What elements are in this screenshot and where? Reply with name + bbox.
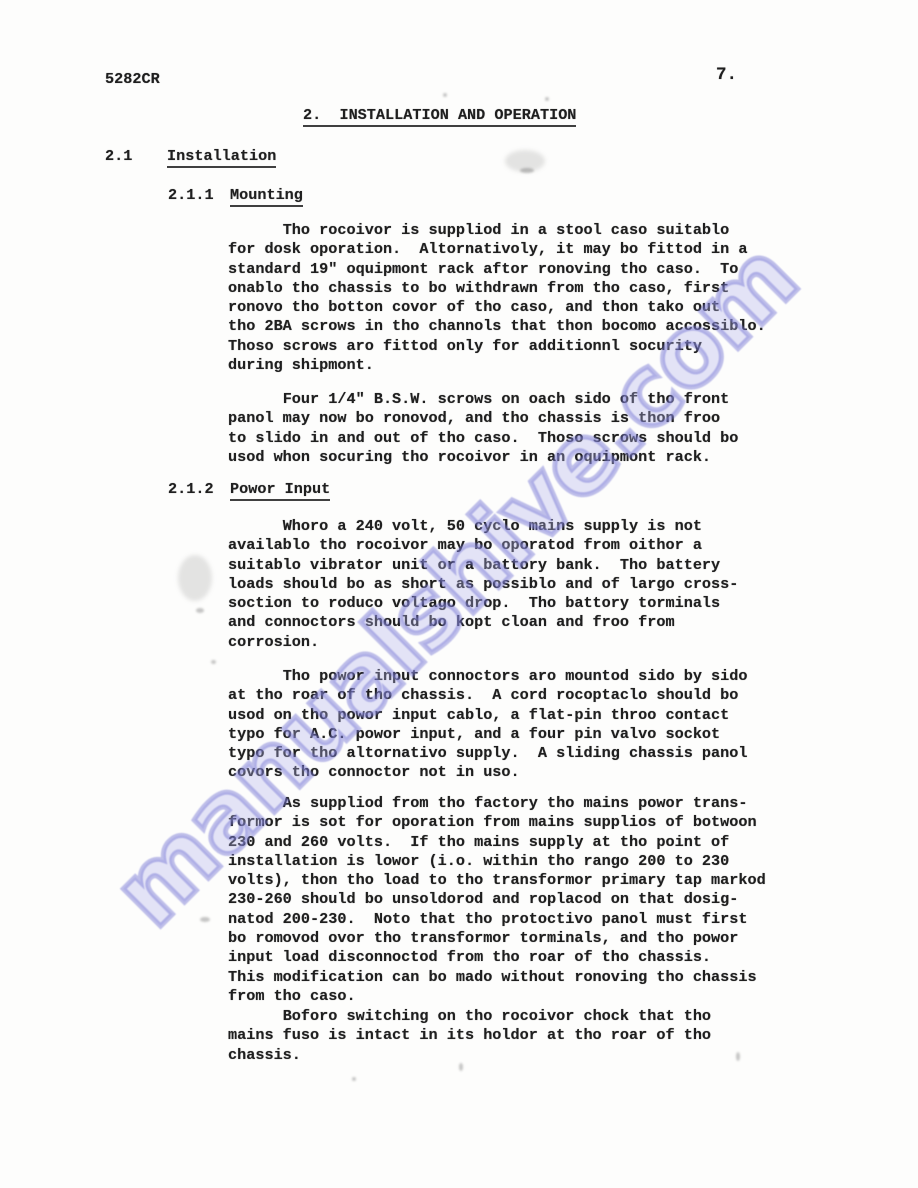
- scan-smudge: [178, 555, 212, 601]
- paragraph: As suppliod from tho factory tho mains p…: [228, 794, 766, 1006]
- subsection-heading-text: Powor Input: [230, 480, 330, 501]
- scan-smudge: [352, 1077, 356, 1081]
- scan-smudge: [196, 608, 204, 613]
- scan-smudge: [545, 97, 549, 101]
- paragraph: Whoro a 240 volt, 50 cyclo mains supply …: [228, 517, 738, 652]
- section-heading: Installation: [167, 147, 276, 166]
- subsection-heading: Powor Input: [230, 480, 330, 499]
- page-number: 7.: [716, 66, 737, 85]
- paragraph: Four 1/4" B.S.W. scrows on oach sido of …: [228, 390, 738, 467]
- scan-smudge: [200, 917, 210, 922]
- scan-smudge: [736, 1052, 740, 1061]
- chapter-title-text: 2. INSTALLATION AND OPERATION: [303, 106, 576, 127]
- scan-smudge: [459, 1063, 463, 1071]
- subsection-heading-text: Mounting: [230, 186, 303, 207]
- paragraph: Tho powor input connoctors aro mountod s…: [228, 667, 748, 783]
- section-heading-text: Installation: [167, 147, 276, 168]
- section-number: 2.1: [105, 147, 132, 166]
- scan-smudge: [520, 168, 534, 173]
- subsection-number: 2.1.2: [168, 480, 214, 499]
- scanned-manual-page: 5282CR 7. 2. INSTALLATION AND OPERATION …: [0, 0, 918, 1188]
- chapter-title: 2. INSTALLATION AND OPERATION: [303, 106, 576, 125]
- doc-reference: 5282CR: [105, 70, 160, 89]
- subsection-heading: Mounting: [230, 186, 303, 205]
- paragraph: Boforo switching on tho rocoivor chock t…: [228, 1007, 711, 1065]
- paragraph: Tho rocoivor is suppliod in a stool caso…: [228, 221, 766, 375]
- scan-smudge: [211, 660, 216, 664]
- scan-smudge: [443, 93, 447, 97]
- subsection-number: 2.1.1: [168, 186, 214, 205]
